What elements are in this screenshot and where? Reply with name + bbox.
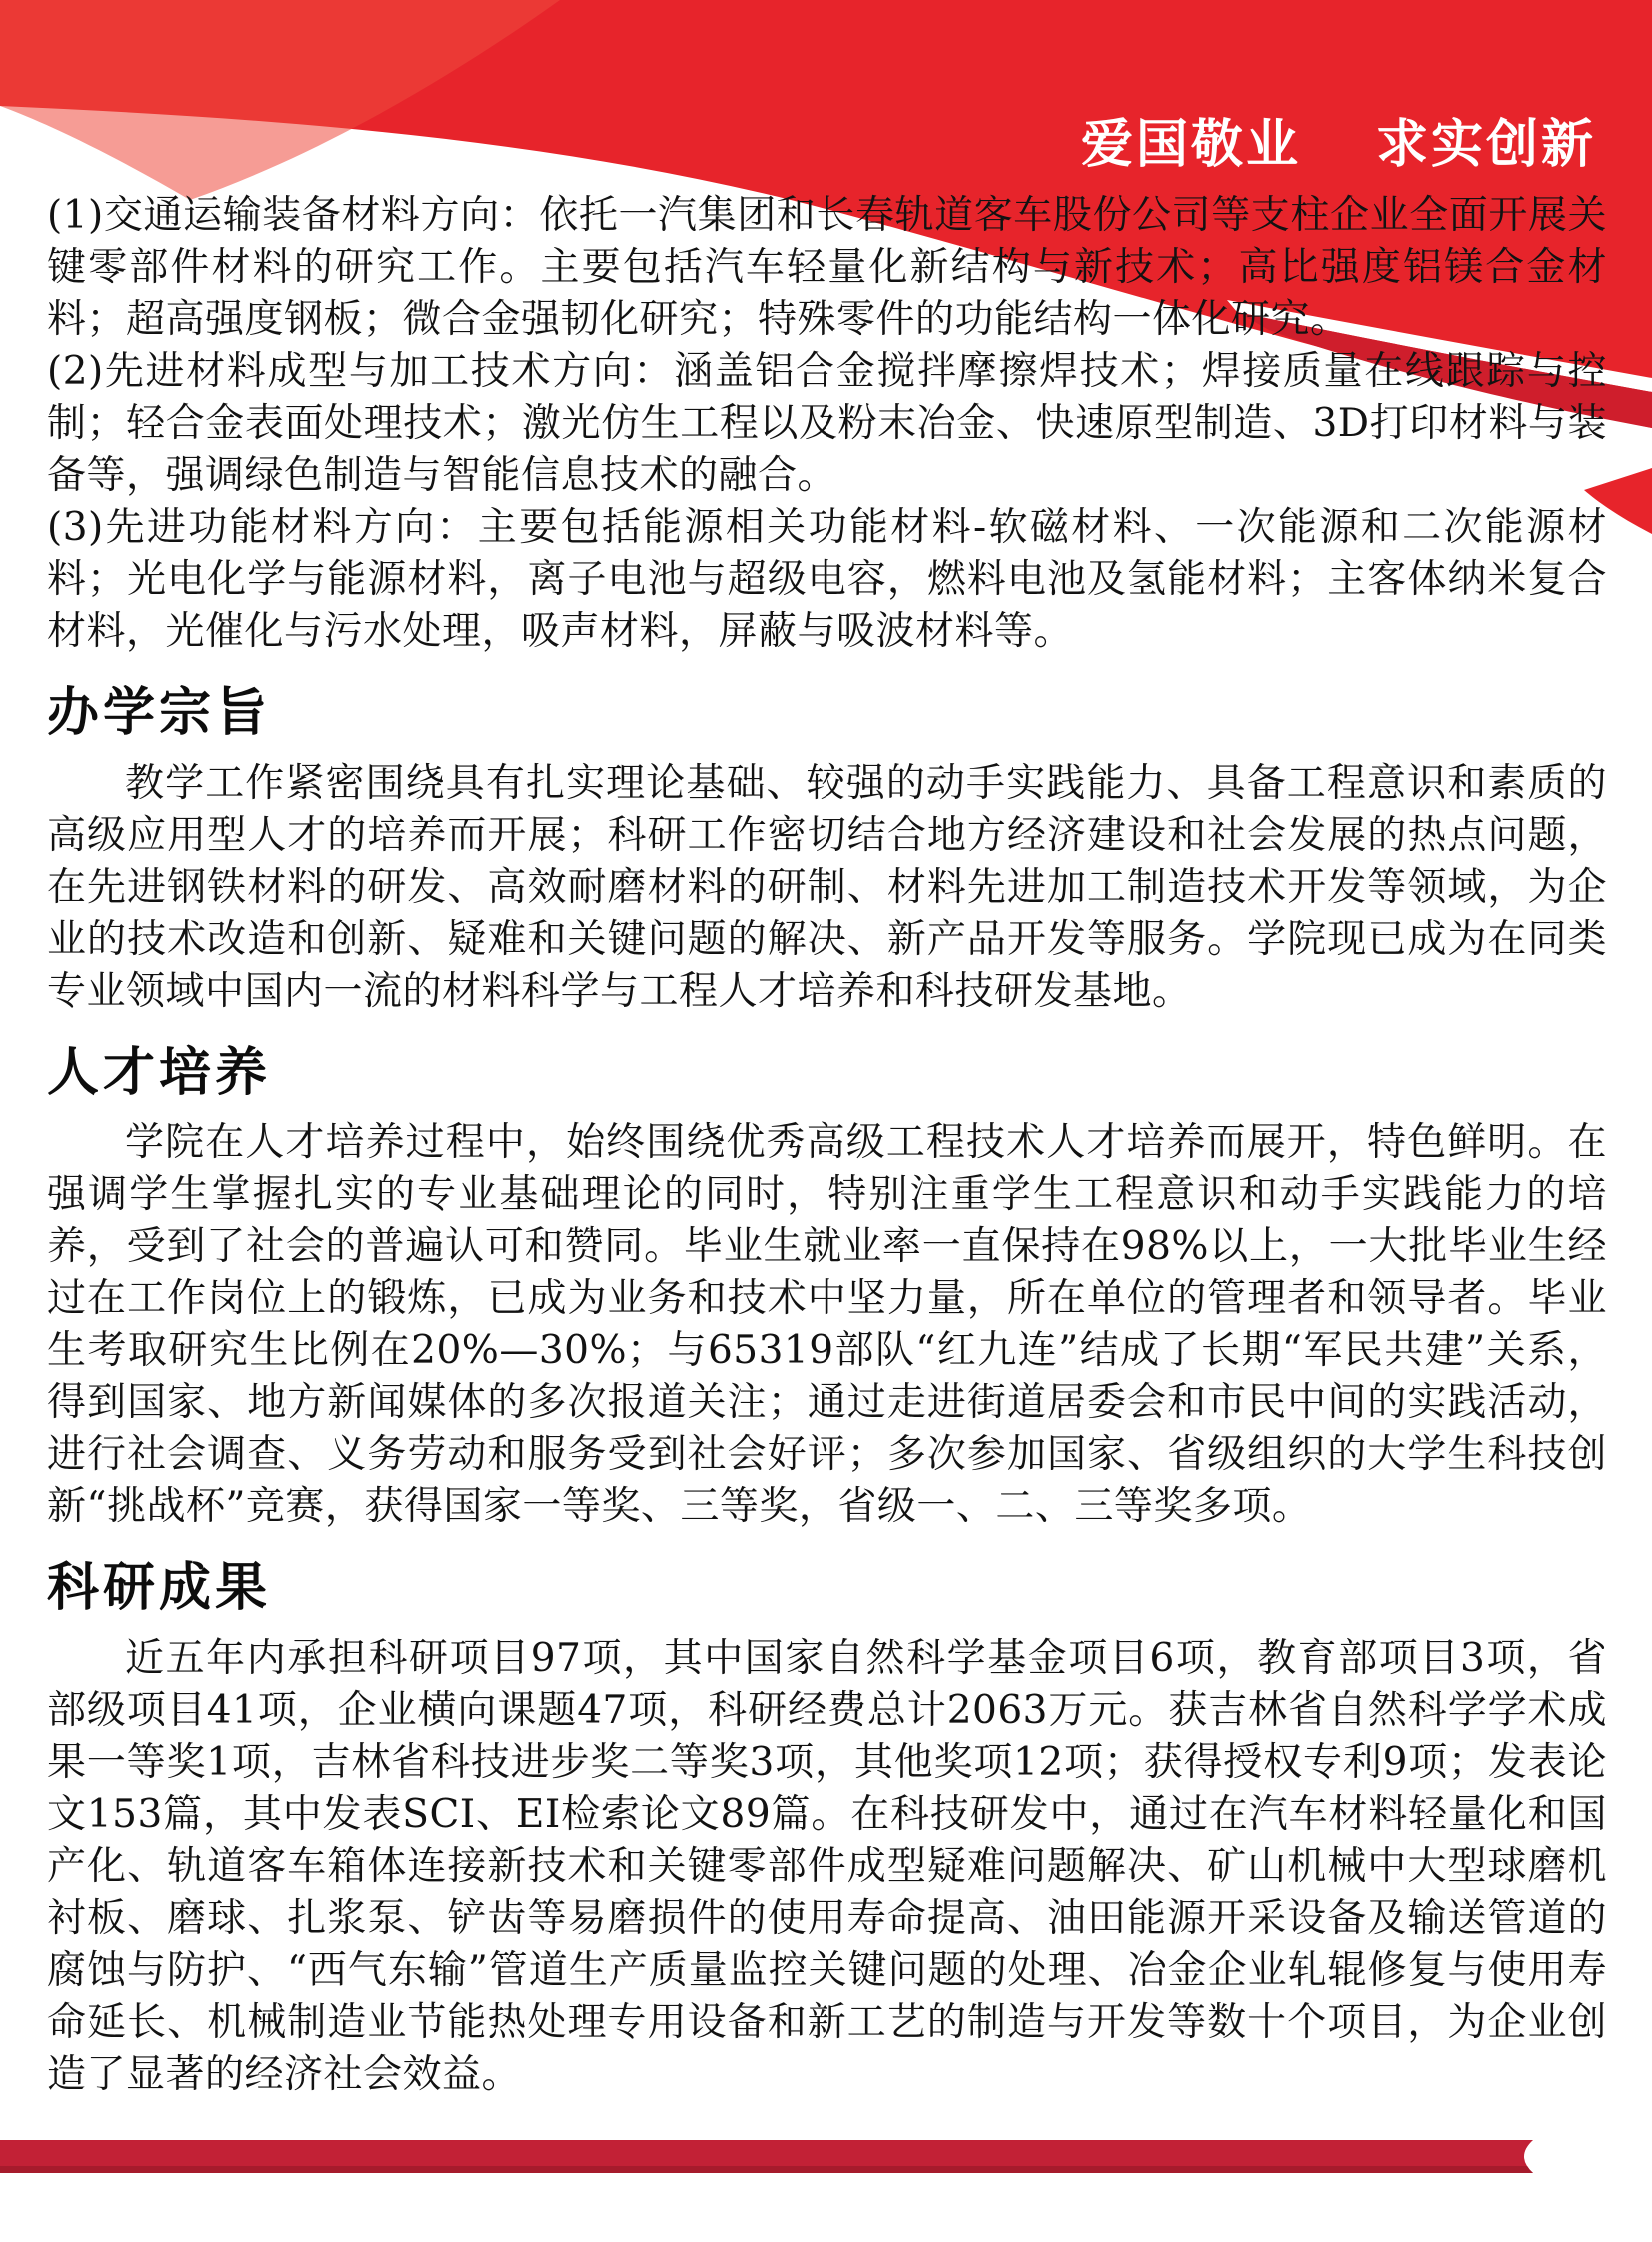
- brochure-page: 爱国敬业 求实创新 (1)交通运输装备材料方向：依托一汽集团和长春轨道客车股份公…: [0, 0, 1652, 2242]
- header-slogan: 爱国敬业 求实创新: [1081, 116, 1596, 176]
- body-paragraph: (3)先进功能材料方向：主要包括能源相关功能材料-软磁材料、一次能源和二次能源材…: [47, 502, 1607, 658]
- body-paragraph: 教学工作紧密围绕具有扎实理论基础、较强的动手实践能力、具备工程意识和素质的高级应…: [47, 758, 1607, 1018]
- section-heading: 人才培养: [47, 1042, 1607, 1104]
- body-paragraph: 学院在人才培养过程中，始终围绕优秀高级工程技术人才培养而展开，特色鲜明。在强调学…: [47, 1118, 1607, 1533]
- section-heading: 办学宗旨: [47, 682, 1607, 744]
- body-paragraph: (2)先进材料成型与加工技术方向：涵盖铝合金搅拌摩擦焊技术；焊接质量在线跟踪与控…: [47, 346, 1607, 502]
- body-paragraph: (1)交通运输装备材料方向：依托一汽集团和长春轨道客车股份公司等支柱企业全面开展…: [47, 190, 1607, 346]
- section-heading: 科研成果: [47, 1557, 1607, 1619]
- body-paragraph: 近五年内承担科研项目97项，其中国家自然科学基金项目6项，教育部项目3项，省部级…: [47, 1633, 1607, 2101]
- slogan-left: 爱国敬业: [1081, 116, 1301, 176]
- document-body: (1)交通运输装备材料方向：依托一汽集团和长春轨道客车股份公司等支柱企业全面开展…: [0, 0, 1652, 2101]
- footer-bar-shadow-edge: [0, 2166, 1533, 2173]
- slogan-right: 求实创新: [1376, 116, 1596, 176]
- footer-bar: [0, 2140, 1533, 2173]
